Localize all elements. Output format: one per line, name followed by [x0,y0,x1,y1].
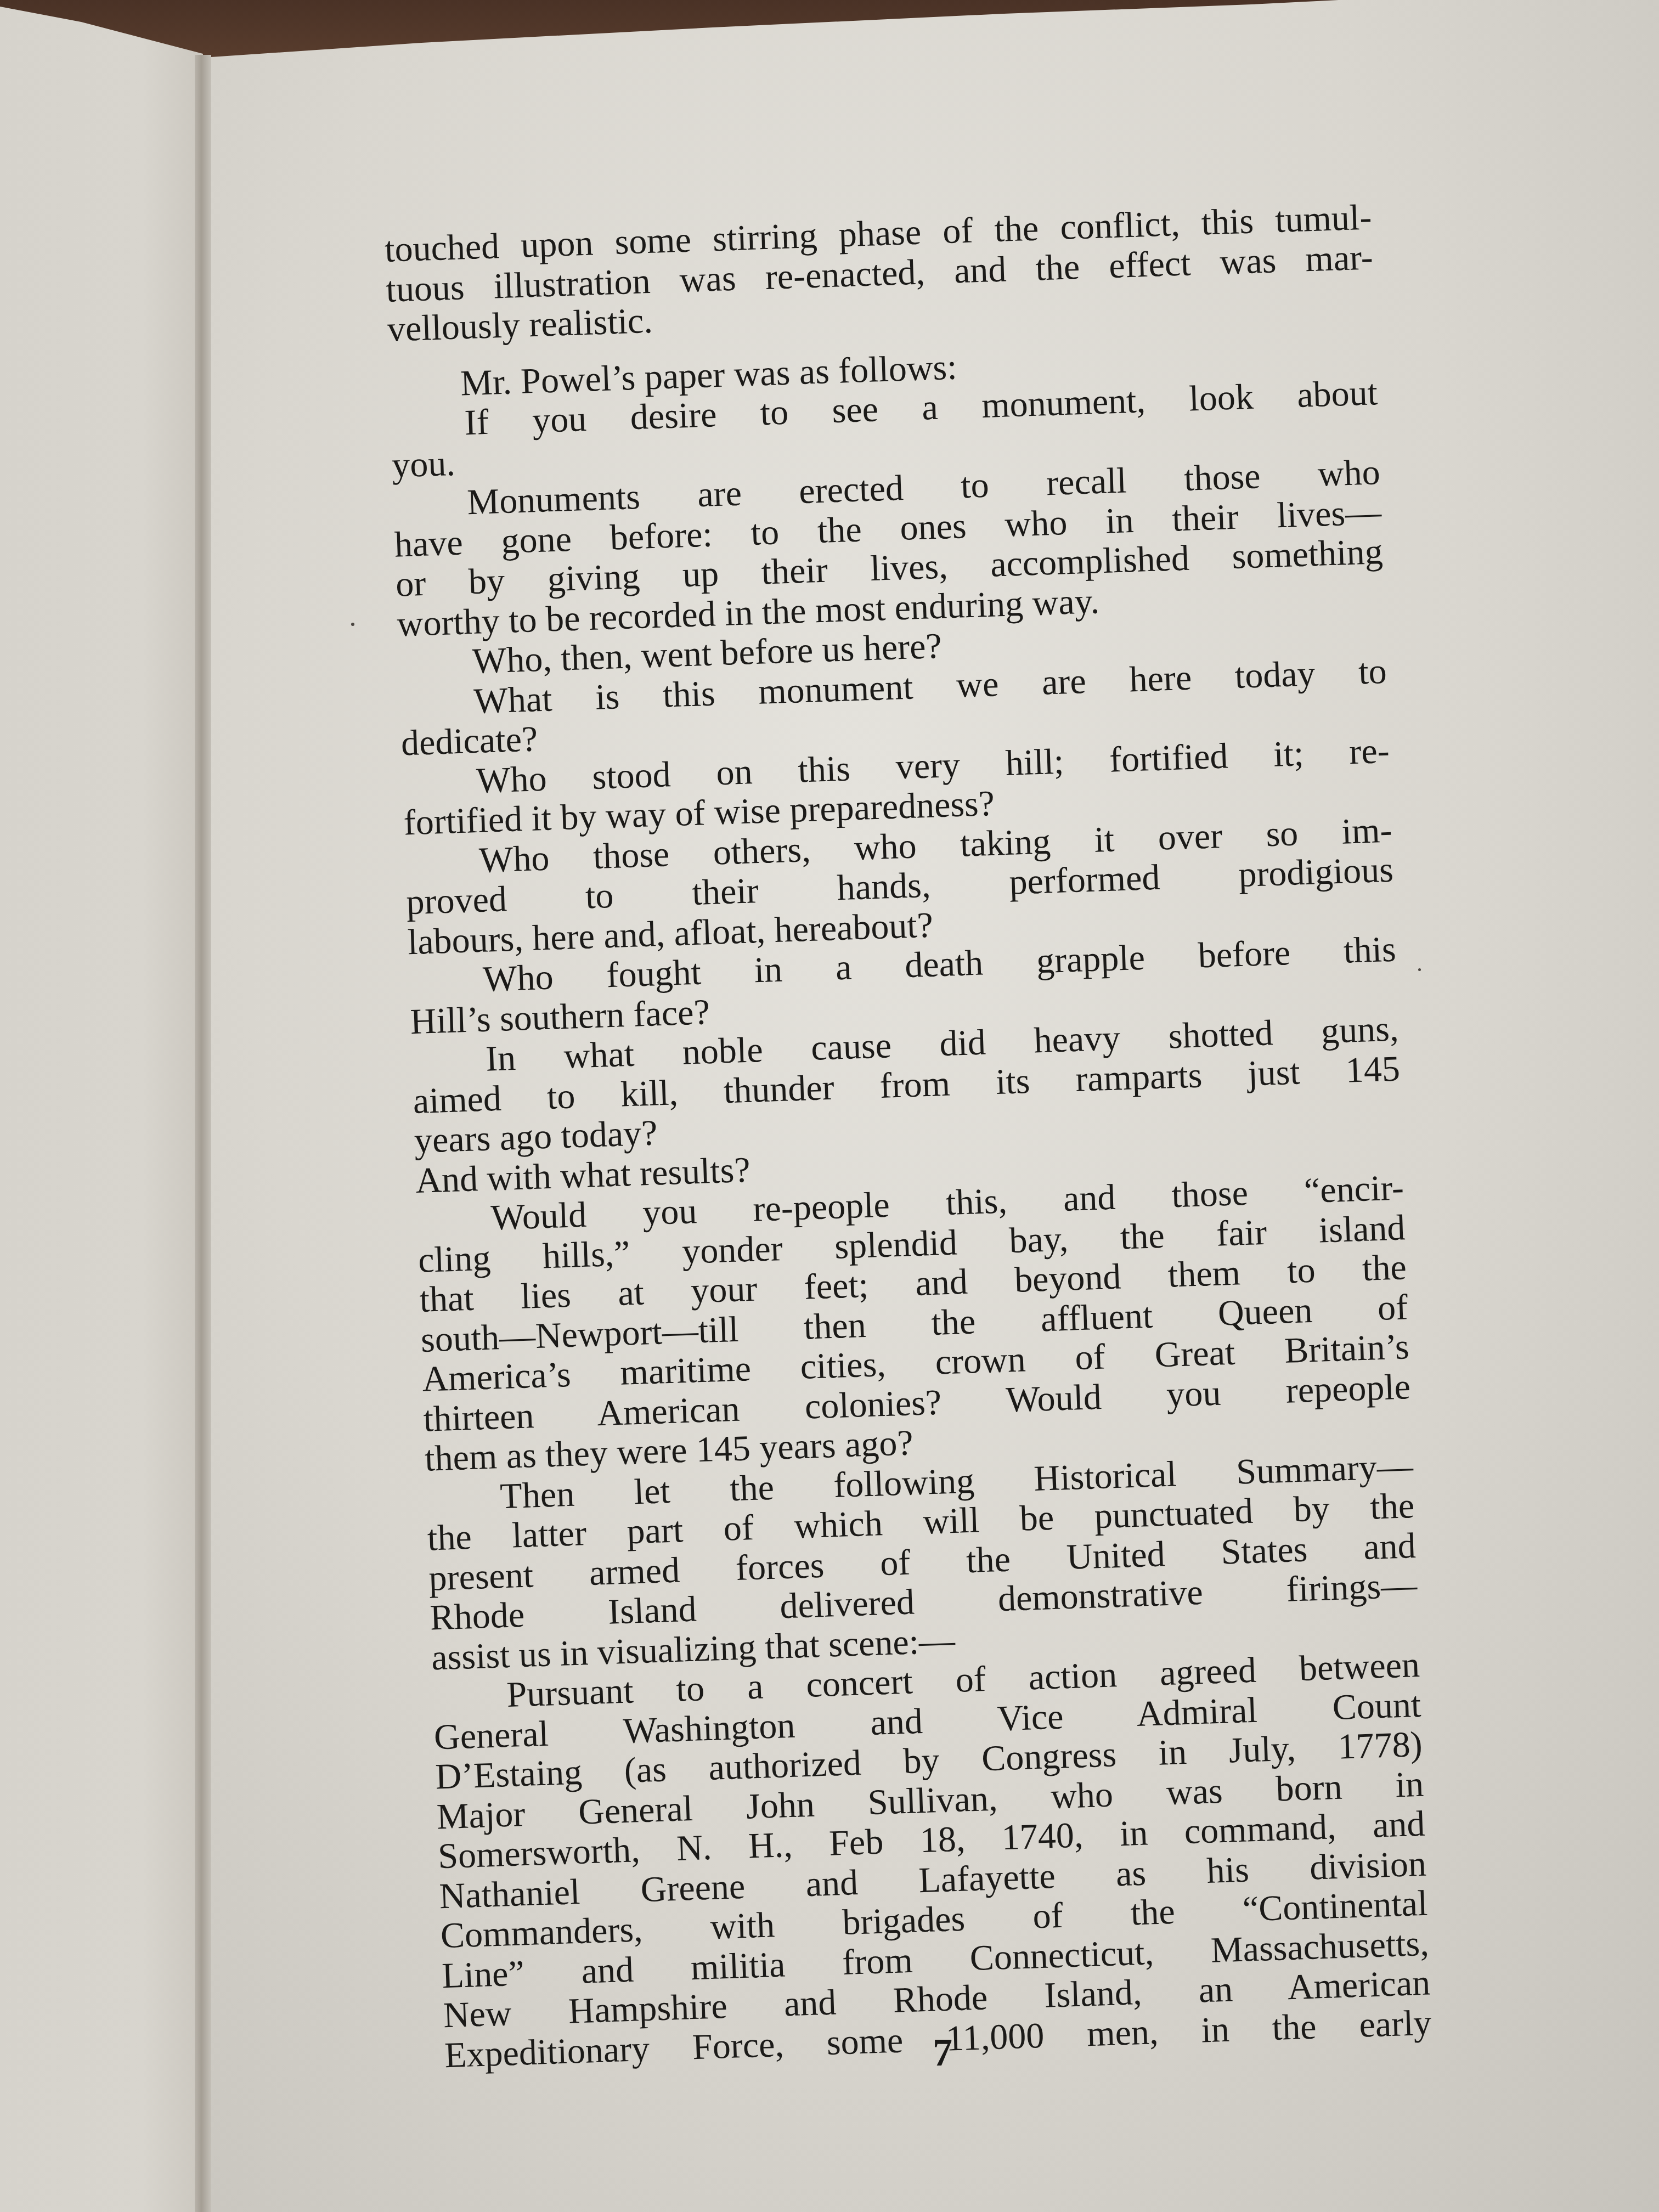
page-number: 7 [933,2030,952,2075]
page-body-text: touched upon some stirring phase of the … [384,196,1487,2075]
book-gutter [195,55,211,2212]
left-facing-page [0,0,203,2212]
paper-speck [351,623,354,626]
